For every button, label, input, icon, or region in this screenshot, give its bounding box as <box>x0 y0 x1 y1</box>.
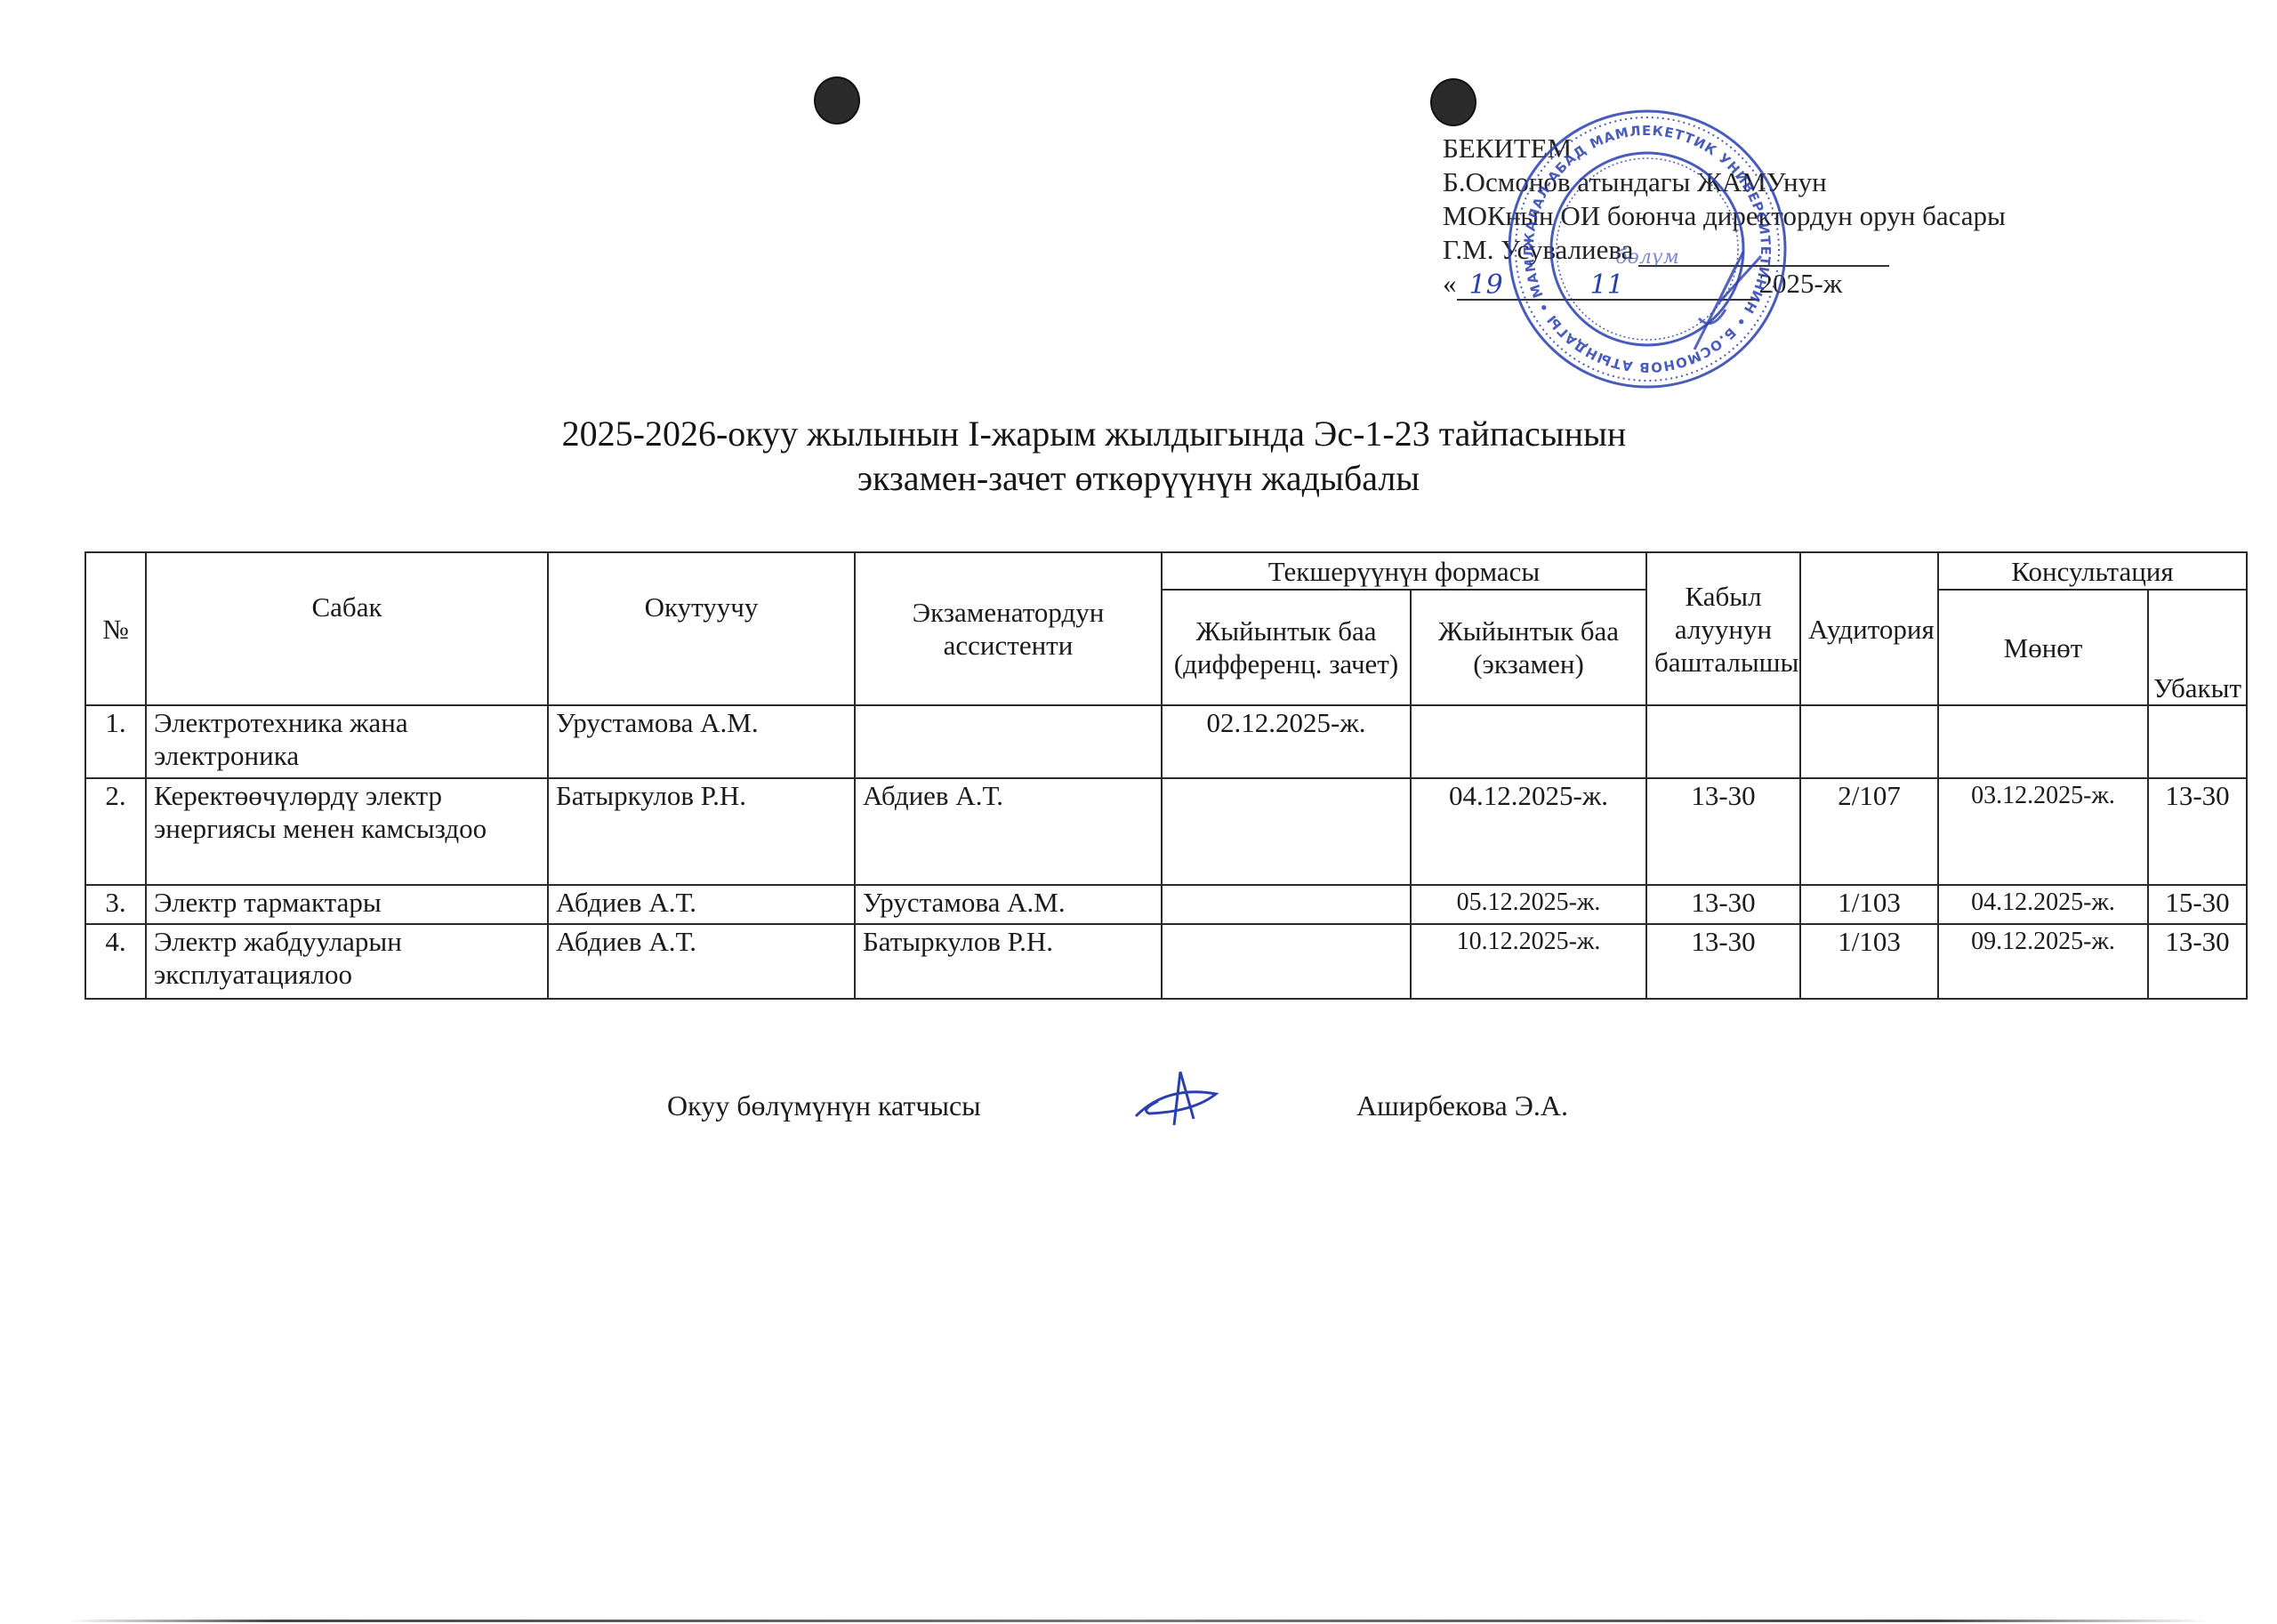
approval-block: БЕКИТЕМ Б.Осмонов атындагы ЖАМУнун МОКны… <box>1443 132 2006 301</box>
cell-assistant: Урустамова А.М. <box>855 885 1162 924</box>
cell-form-exam: 04.12.2025-ж. <box>1411 778 1646 885</box>
cell-subject: Керектөөчүлөрдү электр энергиясы менен к… <box>146 778 548 885</box>
header-form-diff: Жыйынтык баа (дифференц. зачет) <box>1162 590 1411 705</box>
cell-num: 4. <box>85 924 146 999</box>
cell-teacher: Урустамова А.М. <box>548 705 855 778</box>
cell-form-diff <box>1162 778 1411 885</box>
cell-teacher: Батыркулов Р.Н. <box>548 778 855 885</box>
cell-num: 1. <box>85 705 146 778</box>
cell-assistant: Абдиев А.Т. <box>855 778 1162 885</box>
cell-start: 13-30 <box>1646 778 1800 885</box>
cell-consult-date: 03.12.2025-ж. <box>1938 778 2148 885</box>
header-consult-date: Мөнөт <box>1938 590 2148 705</box>
secretary-role: Окуу бөлүмүнүн катчысы <box>667 1089 981 1122</box>
cell-subject: Электр тармактары <box>146 885 548 924</box>
approval-line-1: БЕКИТЕМ <box>1443 132 2006 165</box>
cell-consult-time: 13-30 <box>2148 778 2247 885</box>
document-title: 2025-2026-окуу жылынын I-жарым жылдыгынд… <box>0 412 2277 501</box>
secretary-name: Аширбекова Э.А. <box>1356 1089 1568 1122</box>
table-row: 3. Электр тармактары Абдиев А.Т. Урустам… <box>85 885 2247 924</box>
cell-start <box>1646 705 1800 778</box>
header-assistant: Экзаменатордун ассистенти <box>855 552 1162 705</box>
cell-room <box>1800 705 1938 778</box>
date-month: 11 <box>1590 269 1624 302</box>
cell-start: 13-30 <box>1646 924 1800 999</box>
approval-line-4: Г.М. Усувалиева <box>1443 233 2006 267</box>
header-start: Кабыл алуунун башталышы <box>1646 552 1800 705</box>
cell-num: 2. <box>85 778 146 885</box>
cell-consult-time: 13-30 <box>2148 924 2247 999</box>
secretary-signature-icon <box>1131 1067 1229 1130</box>
cell-consult-time <box>2148 705 2247 778</box>
signature-line <box>1638 238 1889 267</box>
cell-subject: Электротехника жана электроника <box>146 705 548 778</box>
header-consult-time: Убакыт <box>2148 590 2247 705</box>
punch-hole-right <box>1430 78 1476 126</box>
cell-consult-time: 15-30 <box>2148 885 2247 924</box>
exam-schedule-table: № Сабак Окутуучу Экзаменатордун ассистен… <box>84 551 2248 1000</box>
cell-consult-date: 04.12.2025-ж. <box>1938 885 2148 924</box>
approval-line-2: Б.Осмонов атындагы ЖАМУнун <box>1443 165 2006 199</box>
approver-name: Г.М. Усувалиева <box>1443 234 1633 265</box>
table-row: 1. Электротехника жана электроника Уруст… <box>85 705 2247 778</box>
cell-start: 13-30 <box>1646 885 1800 924</box>
cell-room: 1/103 <box>1800 924 1938 999</box>
cell-consult-date: 09.12.2025-ж. <box>1938 924 2148 999</box>
cell-form-exam: 05.12.2025-ж. <box>1411 885 1646 924</box>
cell-form-diff <box>1162 924 1411 999</box>
approval-date: «19112025-ж <box>1443 267 2006 301</box>
cell-room: 1/103 <box>1800 885 1938 924</box>
title-line-2: экзамен-зачет өткөрүүнүн жадыбалы <box>0 456 2277 501</box>
date-line: 1911 <box>1457 272 1759 301</box>
header-form-exam: Жыйынтык баа (экзамен) <box>1411 590 1646 705</box>
punch-hole-left <box>814 76 860 125</box>
cell-teacher: Абдиев А.Т. <box>548 885 855 924</box>
cell-assistant <box>855 705 1162 778</box>
cell-teacher: Абдиев А.Т. <box>548 924 855 999</box>
table-row: 4. Электр жабдууларын эксплуатациялоо Аб… <box>85 924 2247 999</box>
cell-form-exam <box>1411 705 1646 778</box>
cell-subject: Электр жабдууларын эксплуатациялоо <box>146 924 548 999</box>
date-quote: « <box>1443 268 1457 299</box>
date-year: 2025-ж <box>1759 268 1843 299</box>
date-day: 19 <box>1469 269 1503 302</box>
header-num: № <box>85 552 146 705</box>
header-teacher: Окутуучу <box>548 552 855 705</box>
table-row: 2. Керектөөчүлөрдү электр энергиясы мене… <box>85 778 2247 885</box>
cell-form-exam: 10.12.2025-ж. <box>1411 924 1646 999</box>
header-consult-group: Консультация <box>1938 552 2247 590</box>
cell-form-diff: 02.12.2025-ж. <box>1162 705 1411 778</box>
cell-room: 2/107 <box>1800 778 1938 885</box>
approval-line-3: МОКнын ОИ боюнча директордун орун басары <box>1443 199 2006 233</box>
cell-consult-date <box>1938 705 2148 778</box>
cell-num: 3. <box>85 885 146 924</box>
cell-form-diff <box>1162 885 1411 924</box>
header-subject: Сабак <box>146 552 548 705</box>
header-room: Аудитория <box>1800 552 1938 705</box>
cell-assistant: Батыркулов Р.Н. <box>855 924 1162 999</box>
title-line-1: 2025-2026-окуу жылынын I-жарым жылдыгынд… <box>0 412 2277 456</box>
page-edge-shadow <box>0 1620 2277 1622</box>
header-form-group: Текшерүүнүн формасы <box>1162 552 1646 590</box>
